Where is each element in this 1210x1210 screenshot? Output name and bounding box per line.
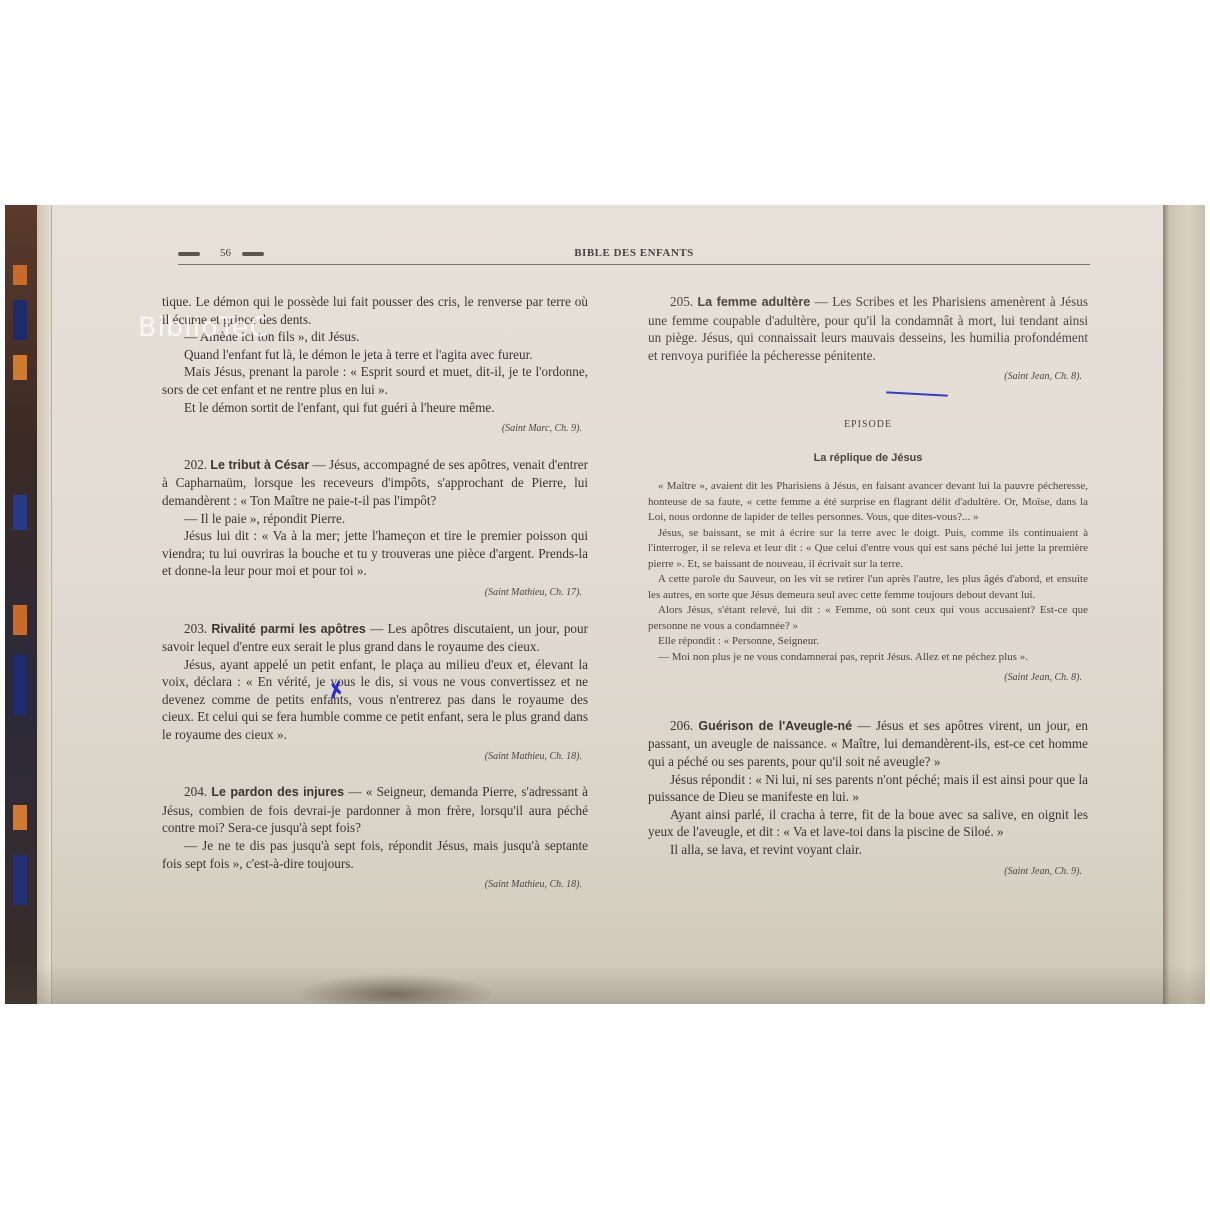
section-205: 205. La femme adultère — Les Scribes et … xyxy=(648,293,1088,386)
section-202: 202. Le tribut à César — Jésus, accompag… xyxy=(162,456,588,602)
episode-box: EPISODE La réplique de Jésus « Maître »,… xyxy=(648,416,1088,687)
paragraph: Ayant ainsi parlé, il cracha à terre, fi… xyxy=(648,806,1088,841)
paragraph: — Il le paie », répondit Pierre. xyxy=(162,510,588,528)
watermark: BiblioTeC xyxy=(138,312,269,343)
paragraph: Jésus, se baissant, se mit à écrire sur … xyxy=(648,526,1088,573)
paragraph: 202. Le tribut à César — Jésus, accompag… xyxy=(162,456,588,510)
section-number: 203. xyxy=(184,621,207,636)
finger-shadow xyxy=(295,974,495,1004)
paragraph: A cette parole du Sauveur, on les vit se… xyxy=(648,572,1088,603)
section-title: Guérison de l'Aveugle-né xyxy=(698,719,852,733)
right-column: 205. La femme adultère — Les Scribes et … xyxy=(648,293,1088,880)
paragraph: — Moi non plus je ne vous condamnerai pa… xyxy=(648,650,1088,666)
paragraph: Mais Jésus, prenant la parole : « Esprit… xyxy=(162,363,588,398)
scripture-reference: (Saint Mathieu, Ch. 18). xyxy=(162,876,588,894)
paragraph: 203. Rivalité parmi les apôtres — Les ap… xyxy=(162,620,588,656)
section-number: 205. xyxy=(670,294,693,309)
paragraph: 204. Le pardon des injures — « Seigneur,… xyxy=(162,783,588,837)
paragraph: Alors Jésus, s'étant relevé, lui dit : «… xyxy=(648,603,1088,634)
paragraph: Elle répondit : « Personne, Seigneur. xyxy=(648,634,1088,650)
scripture-reference: (Saint Mathieu, Ch. 17). xyxy=(162,584,588,602)
scripture-reference: (Saint Mathieu, Ch. 18). xyxy=(162,748,588,766)
scripture-reference: (Saint Jean, Ch. 8). xyxy=(648,368,1088,386)
scripture-reference: (Saint Jean, Ch. 8). xyxy=(648,669,1088,687)
bottom-shadow xyxy=(5,964,1205,1004)
section-204: 204. Le pardon des injures — « Seigneur,… xyxy=(162,783,588,894)
paragraph: Il alla, se lava, et revint voyant clair… xyxy=(648,841,1088,859)
section-number: 204. xyxy=(184,784,207,799)
paragraph: Jésus répondit : « Ni lui, ni ses parent… xyxy=(648,771,1088,806)
episode-title: La réplique de Jésus xyxy=(648,450,1088,468)
left-column: tique. Le démon qui le possède lui fait … xyxy=(162,293,588,894)
paragraph: Jésus lui dit : « Va à la mer; jette l'h… xyxy=(162,527,588,580)
paragraph: Jésus, ayant appelé un petit enfant, le … xyxy=(162,656,588,744)
paragraph: Et le démon sortit de l'enfant, qui fut … xyxy=(162,399,588,417)
section-203: 203. Rivalité parmi les apôtres — Les ap… xyxy=(162,620,588,766)
section-title: La femme adultère xyxy=(698,295,811,309)
section-title: Le tribut à César xyxy=(210,458,309,472)
paragraph: 205. La femme adultère — Les Scribes et … xyxy=(648,293,1088,364)
book-cover-edge xyxy=(5,205,37,1004)
section-number: 206. xyxy=(670,718,693,733)
running-header: 56 BIBLE DES ENFANTS xyxy=(178,247,1090,265)
section-title: Rivalité parmi les apôtres xyxy=(211,622,365,636)
paragraph: — Je ne te dis pas jusqu'à sept fois, ré… xyxy=(162,837,588,872)
section-206: 206. Guérison de l'Aveugle-né — Jésus et… xyxy=(648,717,1088,880)
section-title: Le pardon des injures xyxy=(211,785,344,799)
scripture-reference: (Saint Jean, Ch. 9). xyxy=(648,863,1088,881)
section-number: 202. xyxy=(184,457,207,472)
paragraph: « Maître », avaient dit les Pharisiens à… xyxy=(648,479,1088,526)
paragraph: 206. Guérison de l'Aveugle-né — Jésus et… xyxy=(648,717,1088,771)
paragraph: Quand l'enfant fut là, le démon le jeta … xyxy=(162,346,588,364)
page-edge-right xyxy=(1163,205,1205,1004)
scripture-reference: (Saint Marc, Ch. 9). xyxy=(162,420,588,438)
episode-label: EPISODE xyxy=(648,416,1088,434)
page-edge-left xyxy=(37,205,52,1004)
running-title: BIBLE DES ENFANTS xyxy=(178,247,1090,259)
header-rule xyxy=(178,264,1090,265)
